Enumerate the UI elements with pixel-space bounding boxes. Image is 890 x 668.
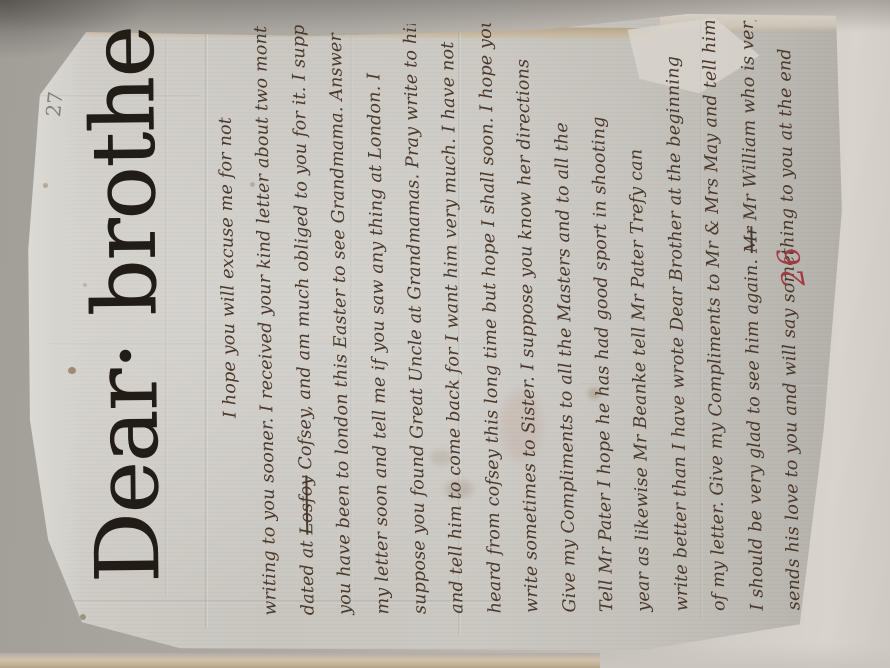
letter-line: heard from cofsey this long time but hop…	[475, 20, 505, 614]
table-edge-strip	[0, 653, 600, 668]
page-number-red-ink: 26	[771, 242, 813, 290]
letter-line: Give my Compliments to all the Masters a…	[552, 122, 580, 613]
letter-page-rotated: Dear· brother I hope you will excuse me …	[40, 20, 846, 640]
letter-line: of my letter. Give my Compliments to Mr …	[700, 20, 730, 611]
letter-line: writing to you sooner. I received your k…	[250, 20, 281, 616]
letter-line: and tell him to come back for I want him…	[438, 41, 467, 614]
folio-number-pencil: 27	[41, 90, 68, 118]
struck-word: Mr	[741, 226, 761, 253]
letter-line: I hope you will excuse me for not	[216, 117, 241, 418]
letter-line: you have been to london this Easter to s…	[326, 33, 356, 615]
letter-salutation: Dear· brother	[78, 20, 172, 584]
letter-line: write sometimes to Sister. I suppose you…	[513, 59, 542, 613]
letter-line: sends his love to you and will say somet…	[775, 48, 804, 610]
letter-line: Tell Mr Pater I hope he has had good spo…	[589, 116, 617, 612]
letter-line: my letter soon and tell me if you saw an…	[364, 73, 393, 615]
photograph-of-handwritten-letter: Dear· brother I hope you will excuse me …	[0, 0, 890, 668]
letter-line: dated at Losfoy Cofsey, and am much obli…	[288, 20, 318, 616]
letter-line: year as likewise Mr Beanke tell Mr Pater…	[627, 149, 655, 612]
struck-word: Losfoy	[296, 475, 317, 535]
letter-line: I should be very glad to see him again. …	[737, 20, 768, 611]
letter-line: write better than I have wrote Dear Brot…	[663, 56, 692, 612]
letter-line: suppose you found Great Uncle at Grandma…	[401, 20, 431, 615]
